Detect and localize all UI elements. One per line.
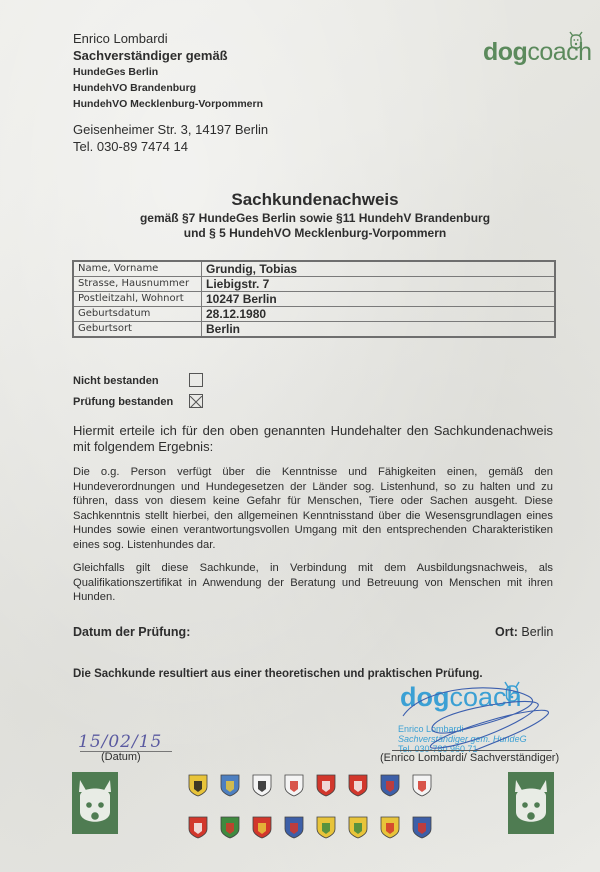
- field-label: Geburtsdatum: [73, 307, 202, 322]
- coat-of-arms-nordrhein-westfalen-icon: [220, 815, 240, 839]
- document-title: Sachkundenachweis: [0, 190, 600, 210]
- sender-role: Sachverständiger gemäß: [73, 47, 263, 64]
- field-value: Liebigstr. 7: [202, 277, 556, 292]
- coat-of-arms-thueringen-icon: [412, 815, 432, 839]
- result-label-passed: Prüfung bestanden: [73, 396, 173, 408]
- person-data-table: Name, VornameGrundig, TobiasStrasse, Hau…: [72, 260, 556, 338]
- sender-phone: Tel. 030-89 7474 14: [73, 138, 268, 155]
- coats-of-arms-row: [188, 773, 432, 797]
- sender-address: Geisenheimer Str. 3, 14197 Berlin: [73, 121, 268, 138]
- coat-of-arms-hessen-icon: [380, 773, 400, 797]
- handwritten-date: 15/02/15: [78, 732, 162, 752]
- field-label: Geburtsort: [73, 322, 202, 338]
- coat-of-arms-brandenburg-icon: [284, 773, 304, 797]
- coat-of-arms-hamburg-icon: [348, 773, 368, 797]
- field-label: Strasse, Hausnummer: [73, 277, 202, 292]
- signature-line: [392, 750, 552, 751]
- coat-of-arms-berlin-icon: [252, 773, 272, 797]
- field-label: Postleitzahl, Wohnort: [73, 292, 202, 307]
- exam-place-label: Ort:: [495, 625, 518, 639]
- body-paragraph: Gleichfalls gilt diese Sachkunde, in Ver…: [73, 561, 553, 605]
- coat-of-arms-rheinland-pfalz-icon: [252, 815, 272, 839]
- coat-of-arms-saarland-icon: [284, 815, 304, 839]
- intro-paragraph: Hiermit erteile ich für den oben genannt…: [73, 423, 553, 455]
- date-caption: (Datum): [101, 751, 141, 763]
- document-subtitle: gemäß §7 HundeGes Berlin sowie §11 Hunde…: [0, 210, 600, 226]
- checkmark-x-icon: [190, 396, 202, 408]
- table-row: Name, VornameGrundig, Tobias: [73, 261, 555, 277]
- sender-name: Enrico Lombardi: [73, 30, 263, 47]
- dog-face-icon: [72, 772, 118, 834]
- dog-head-icon: [568, 30, 584, 50]
- certificate-page: Enrico Lombardi Sachverständiger gemäß H…: [0, 0, 600, 872]
- checkbox-passed[interactable]: [189, 394, 203, 408]
- table-row: Postleitzahl, Wohnort10247 Berlin: [73, 292, 555, 307]
- coat-of-arms-sachsen-icon: [316, 815, 336, 839]
- sender-law: HundehVO Mecklenburg-Vorpommern: [73, 96, 263, 112]
- coat-of-arms-bremen-icon: [316, 773, 336, 797]
- coat-of-arms-mecklenburg-vorpommern-icon: [412, 773, 432, 797]
- coat-of-arms-sachsen-anhalt-icon: [348, 815, 368, 839]
- field-value: 10247 Berlin: [202, 292, 556, 307]
- exam-place-value: Berlin: [521, 625, 553, 639]
- table-row: Geburtsdatum28.12.1980: [73, 307, 555, 322]
- field-value: Berlin: [202, 322, 556, 338]
- field-value: 28.12.1980: [202, 307, 556, 322]
- coat-of-arms-baden-wuerttemberg-icon: [188, 773, 208, 797]
- coats-of-arms-row: [188, 815, 432, 839]
- field-label: Name, Vorname: [73, 261, 202, 277]
- coat-of-arms-schleswig-holstein-icon: [380, 815, 400, 839]
- result-label-failed: Nicht bestanden: [73, 375, 159, 387]
- handwritten-signature: [378, 676, 558, 756]
- signature-caption: (Enrico Lombardi/ Sachverständiger): [380, 752, 559, 764]
- document-subtitle: und § 5 HundehVO Mecklenburg-Vorpommern: [0, 225, 600, 241]
- sender-block: Enrico Lombardi Sachverständiger gemäß H…: [73, 30, 263, 112]
- field-value: Grundig, Tobias: [202, 261, 556, 277]
- exam-date-label: Datum der Prüfung:: [73, 625, 190, 639]
- body-paragraph: Die o.g. Person verfügt über die Kenntni…: [73, 465, 553, 552]
- table-row: Strasse, HausnummerLiebigstr. 7: [73, 277, 555, 292]
- sender-law: HundehVO Brandenburg: [73, 80, 263, 96]
- exam-place: Ort: Berlin: [495, 625, 553, 639]
- dog-face-icon: [508, 772, 554, 834]
- coat-of-arms-niedersachsen-icon: [188, 815, 208, 839]
- table-row: GeburtsortBerlin: [73, 322, 555, 338]
- sender-address-block: Geisenheimer Str. 3, 14197 Berlin Tel. 0…: [73, 121, 268, 155]
- logo-text-dog: dog: [483, 38, 527, 66]
- coat-of-arms-bayern-icon: [220, 773, 240, 797]
- sender-law: HundeGes Berlin: [73, 64, 263, 80]
- checkbox-failed[interactable]: [189, 373, 203, 387]
